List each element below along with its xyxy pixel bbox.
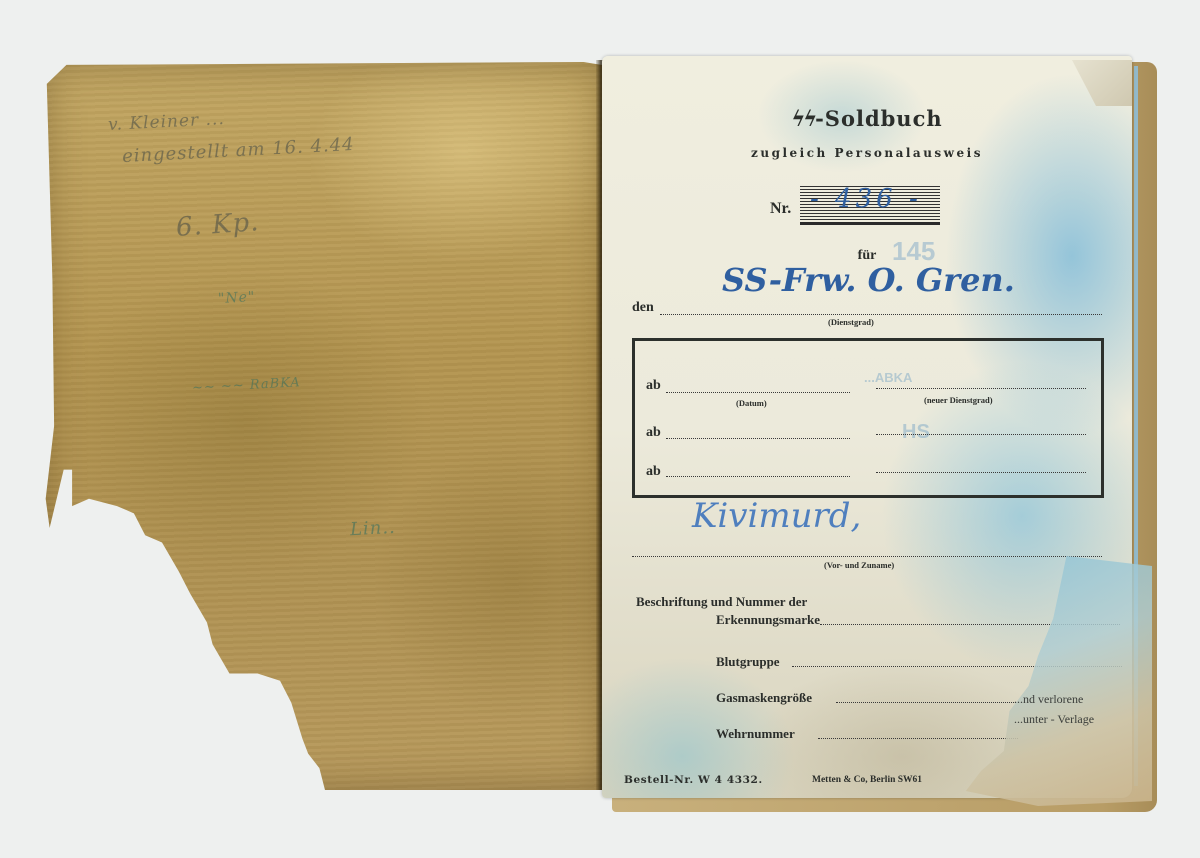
order-number: Bestell-Nr. W 4 4332.	[624, 774, 763, 786]
name-line	[632, 556, 1102, 557]
number-value: - 436 -	[810, 184, 922, 214]
number-label: Nr.	[770, 200, 791, 218]
promotion-box	[632, 338, 1104, 498]
promotion-row-3-date	[666, 476, 850, 477]
gas-mask-size-line	[836, 702, 1016, 703]
left-inside-cover	[44, 62, 606, 790]
rank-caption: (Dienstgrad)	[828, 317, 874, 327]
right-page-block: 145 HS ...ABKA ϟϟ-Soldbuch zugleich Pers…	[598, 52, 1158, 812]
promotion-row-1-label: ab	[646, 378, 661, 394]
folded-corner	[1072, 60, 1132, 106]
partial-text-2: ...unter - Verlage	[1014, 712, 1094, 727]
new-rank-caption: (neuer Dienstgrad)	[924, 395, 993, 405]
id-tag-label-line-1: Beschriftung und Nummer der	[636, 594, 807, 610]
promotion-row-2-date	[666, 438, 850, 439]
military-number-label: Wehrnummer	[716, 726, 795, 742]
ss-rune-glyph: ϟϟ	[791, 106, 815, 131]
promotion-row-3-rank	[876, 472, 1086, 473]
name-value: Kivimurd,	[692, 496, 861, 536]
rank-line	[660, 314, 1102, 315]
partial-text-1: ...nd verlorene	[1014, 692, 1083, 707]
name-caption: (Vor- und Zuname)	[824, 560, 894, 570]
faint-mark-1: "Ne"	[218, 289, 256, 307]
gas-mask-size-label: Gasmaskengröße	[716, 690, 812, 706]
soldbuch-form-page: 145 HS ...ABKA ϟϟ-Soldbuch zugleich Pers…	[602, 56, 1132, 798]
promotion-row-1-rank	[876, 388, 1086, 389]
promotion-row-2-rank	[876, 434, 1086, 435]
promotion-row-2-label: ab	[646, 425, 661, 441]
document-subtitle: zugleich Personalausweis	[602, 146, 1132, 160]
military-number-line	[818, 738, 1018, 739]
promotion-row-3-label: ab	[646, 464, 661, 480]
id-tag-label-line-2: Erkennungsmarke	[716, 612, 820, 628]
promotion-row-1-date	[666, 392, 850, 393]
rank-value: SS-Frw. O. Gren.	[722, 261, 1015, 299]
date-caption: (Datum)	[736, 398, 767, 408]
pencil-note-company: 6. Kp.	[175, 207, 260, 243]
torn-page-corner	[962, 556, 1152, 806]
printer-imprint: Metten & Co, Berlin SW61	[812, 775, 922, 785]
faint-mark-3: Lin..	[349, 517, 396, 540]
document-title: ϟϟ-Soldbuch	[602, 106, 1132, 131]
den-label: den	[632, 300, 654, 316]
blood-group-label: Blutgruppe	[716, 654, 780, 670]
